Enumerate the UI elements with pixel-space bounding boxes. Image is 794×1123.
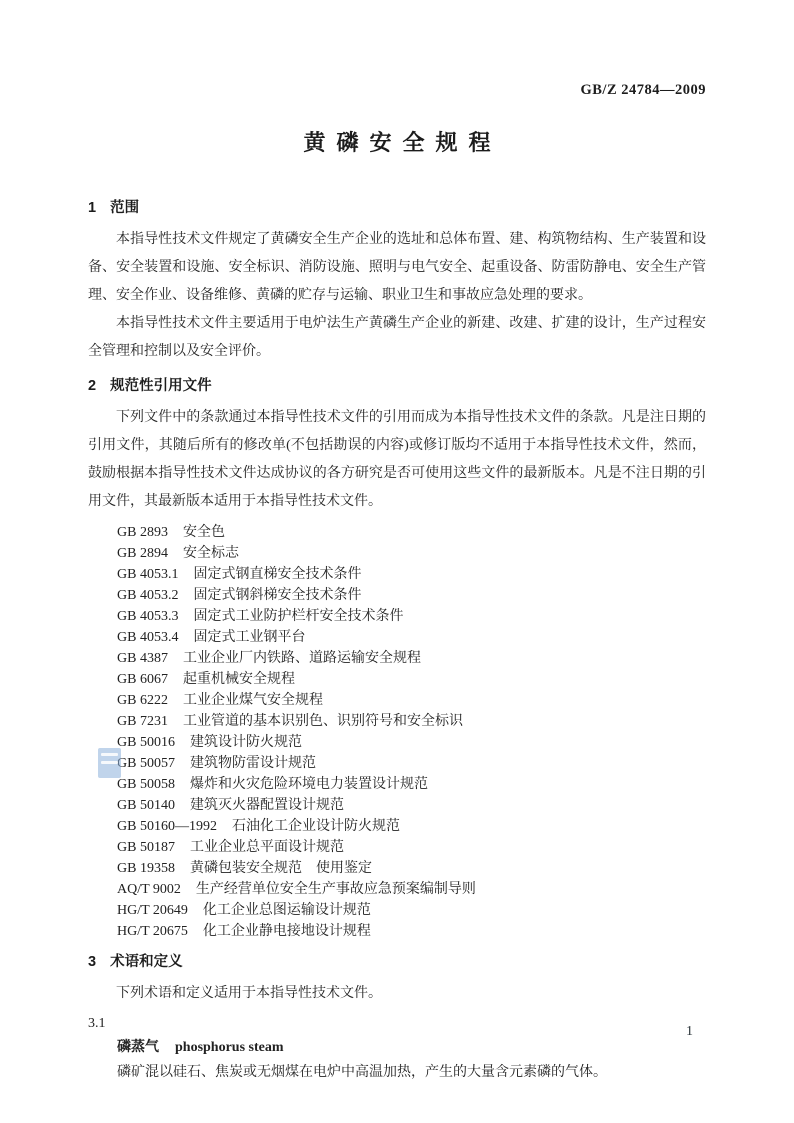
scope-paragraph-1: 本指导性技术文件规定了黄磷安全生产企业的选址和总体布置、建、构筑物结构、生产装置… [88, 226, 706, 310]
reference-title: 黄磷包装安全规范 使用鉴定 [190, 861, 372, 876]
reference-item: GB 2893安全色 [117, 522, 706, 543]
reference-code: GB 4053.2 [117, 588, 178, 603]
watermark-text-artifact [101, 761, 118, 764]
term-definition: 磷矿混以硅石、焦炭或无烟煤在电炉中高温加热，产生的大量含元素磷的气体。 [117, 1061, 706, 1085]
reference-title: 工业企业煤气安全规程 [183, 693, 323, 708]
reference-title: 工业企业总平面设计规范 [190, 840, 344, 855]
reference-title: 工业企业厂内铁路、道路运输安全规程 [183, 651, 421, 666]
reference-title: 化工企业总图运输设计规范 [203, 903, 371, 918]
reference-code: GB 50187 [117, 840, 175, 855]
section-3-number: 3 [88, 954, 96, 970]
reference-item: GB 7231工业管道的基本识别色、识别符号和安全标识 [117, 711, 706, 732]
section-2-title: 规范性引用文件 [110, 378, 212, 394]
reference-item: GB 4053.2固定式钢斜梯安全技术条件 [117, 585, 706, 606]
section-1-heading: 1范围 [88, 200, 706, 217]
reference-list: GB 2893安全色 GB 2894安全标志 GB 4053.1固定式钢直梯安全… [117, 522, 706, 942]
reference-title: 化工企业静电接地设计规程 [203, 924, 371, 939]
reference-title: 固定式工业钢平台 [193, 630, 305, 645]
term-entry: 3.1 磷蒸气phosphorus steam 磷矿混以硅石、焦炭或无烟煤在电炉… [88, 1013, 706, 1085]
term-name-zh: 磷蒸气 [117, 1038, 159, 1054]
reference-code: AQ/T 9002 [117, 882, 181, 897]
reference-item: GB 6222工业企业煤气安全规程 [117, 690, 706, 711]
reference-item: GB 6067起重机械安全规程 [117, 669, 706, 690]
reference-code: GB 4053.4 [117, 630, 178, 645]
section-2-number: 2 [88, 378, 96, 394]
reference-code: GB 2893 [117, 525, 168, 540]
term-number: 3.1 [88, 1013, 706, 1035]
scope-paragraph-2: 本指导性技术文件主要适用于电炉法生产黄磷生产企业的新建、改建、扩建的设计，生产过… [88, 310, 706, 366]
reference-title: 起重机械安全规程 [183, 672, 295, 687]
reference-title: 固定式钢斜梯安全技术条件 [193, 588, 361, 603]
reference-title: 工业管道的基本识别色、识别符号和安全标识 [183, 714, 463, 729]
reference-item: GB 50057建筑物防雷设计规范 [117, 753, 706, 774]
reference-item: GB 50160—1992石油化工企业设计防火规范 [117, 816, 706, 837]
document-page: GB/Z 24784—2009 黄磷安全规程 1范围 本指导性技术文件规定了黄磷… [0, 0, 794, 1123]
reference-title: 石油化工企业设计防火规范 [232, 819, 400, 834]
reference-item: GB 19358黄磷包装安全规范 使用鉴定 [117, 858, 706, 879]
watermark-badge [98, 748, 121, 778]
reference-item: GB 50016建筑设计防火规范 [117, 732, 706, 753]
reference-item: GB 4053.1固定式钢直梯安全技术条件 [117, 564, 706, 585]
reference-title: 建筑灭火器配置设计规范 [190, 798, 344, 813]
reference-item: GB 4053.3固定式工业防护栏杆安全技术条件 [117, 606, 706, 627]
reference-item: GB 4387工业企业厂内铁路、道路运输安全规程 [117, 648, 706, 669]
document-title: 黄磷安全规程 [88, 130, 706, 156]
reference-code: GB 4387 [117, 651, 168, 666]
reference-item: GB 4053.4固定式工业钢平台 [117, 627, 706, 648]
reference-item: AQ/T 9002生产经营单位安全生产事故应急预案编制导则 [117, 879, 706, 900]
reference-title: 固定式工业防护栏杆安全技术条件 [193, 609, 403, 624]
reference-code: GB 50140 [117, 798, 175, 813]
reference-code: GB 50058 [117, 777, 175, 792]
page-number: 1 [686, 1024, 693, 1040]
terms-intro: 下列术语和定义适用于本指导性技术文件。 [88, 980, 706, 1008]
reference-item: GB 50140建筑灭火器配置设计规范 [117, 795, 706, 816]
term-name-en: phosphorus steam [175, 1040, 284, 1055]
watermark-text-artifact [101, 753, 118, 756]
reference-item: HG/T 20649化工企业总图运输设计规范 [117, 900, 706, 921]
reference-title: 固定式钢直梯安全技术条件 [193, 567, 361, 582]
reference-title: 建筑物防雷设计规范 [190, 756, 316, 771]
reference-code: HG/T 20675 [117, 924, 188, 939]
reference-code: GB 19358 [117, 861, 175, 876]
reference-title: 建筑设计防火规范 [190, 735, 302, 750]
reference-item: GB 2894安全标志 [117, 543, 706, 564]
reference-code: GB 50160—1992 [117, 819, 217, 834]
reference-item: GB 50187工业企业总平面设计规范 [117, 837, 706, 858]
reference-code: GB 7231 [117, 714, 168, 729]
standard-code: GB/Z 24784—2009 [88, 82, 706, 98]
reference-code: GB 2894 [117, 546, 168, 561]
references-intro: 下列文件中的条款通过本指导性技术文件的引用而成为本指导性技术文件的条款。凡是注日… [88, 404, 706, 516]
reference-title: 安全色 [183, 525, 225, 540]
term-line: 磷蒸气phosphorus steam [117, 1035, 706, 1059]
reference-item: HG/T 20675化工企业静电接地设计规程 [117, 921, 706, 942]
reference-title: 爆炸和火灾危险环境电力装置设计规范 [190, 777, 428, 792]
reference-code: GB 6067 [117, 672, 168, 687]
reference-code: GB 50057 [117, 756, 175, 771]
section-3-heading: 3术语和定义 [88, 954, 706, 971]
reference-code: GB 4053.3 [117, 609, 178, 624]
reference-code: HG/T 20649 [117, 903, 188, 918]
section-1-title: 范围 [110, 200, 139, 216]
reference-code: GB 50016 [117, 735, 175, 750]
reference-code: GB 6222 [117, 693, 168, 708]
reference-title: 安全标志 [183, 546, 239, 561]
section-3-title: 术语和定义 [110, 954, 183, 970]
reference-item: GB 50058爆炸和火灾危险环境电力装置设计规范 [117, 774, 706, 795]
section-1-number: 1 [88, 200, 96, 216]
reference-code: GB 4053.1 [117, 567, 178, 582]
section-2-heading: 2规范性引用文件 [88, 378, 706, 395]
reference-title: 生产经营单位安全生产事故应急预案编制导则 [196, 882, 476, 897]
